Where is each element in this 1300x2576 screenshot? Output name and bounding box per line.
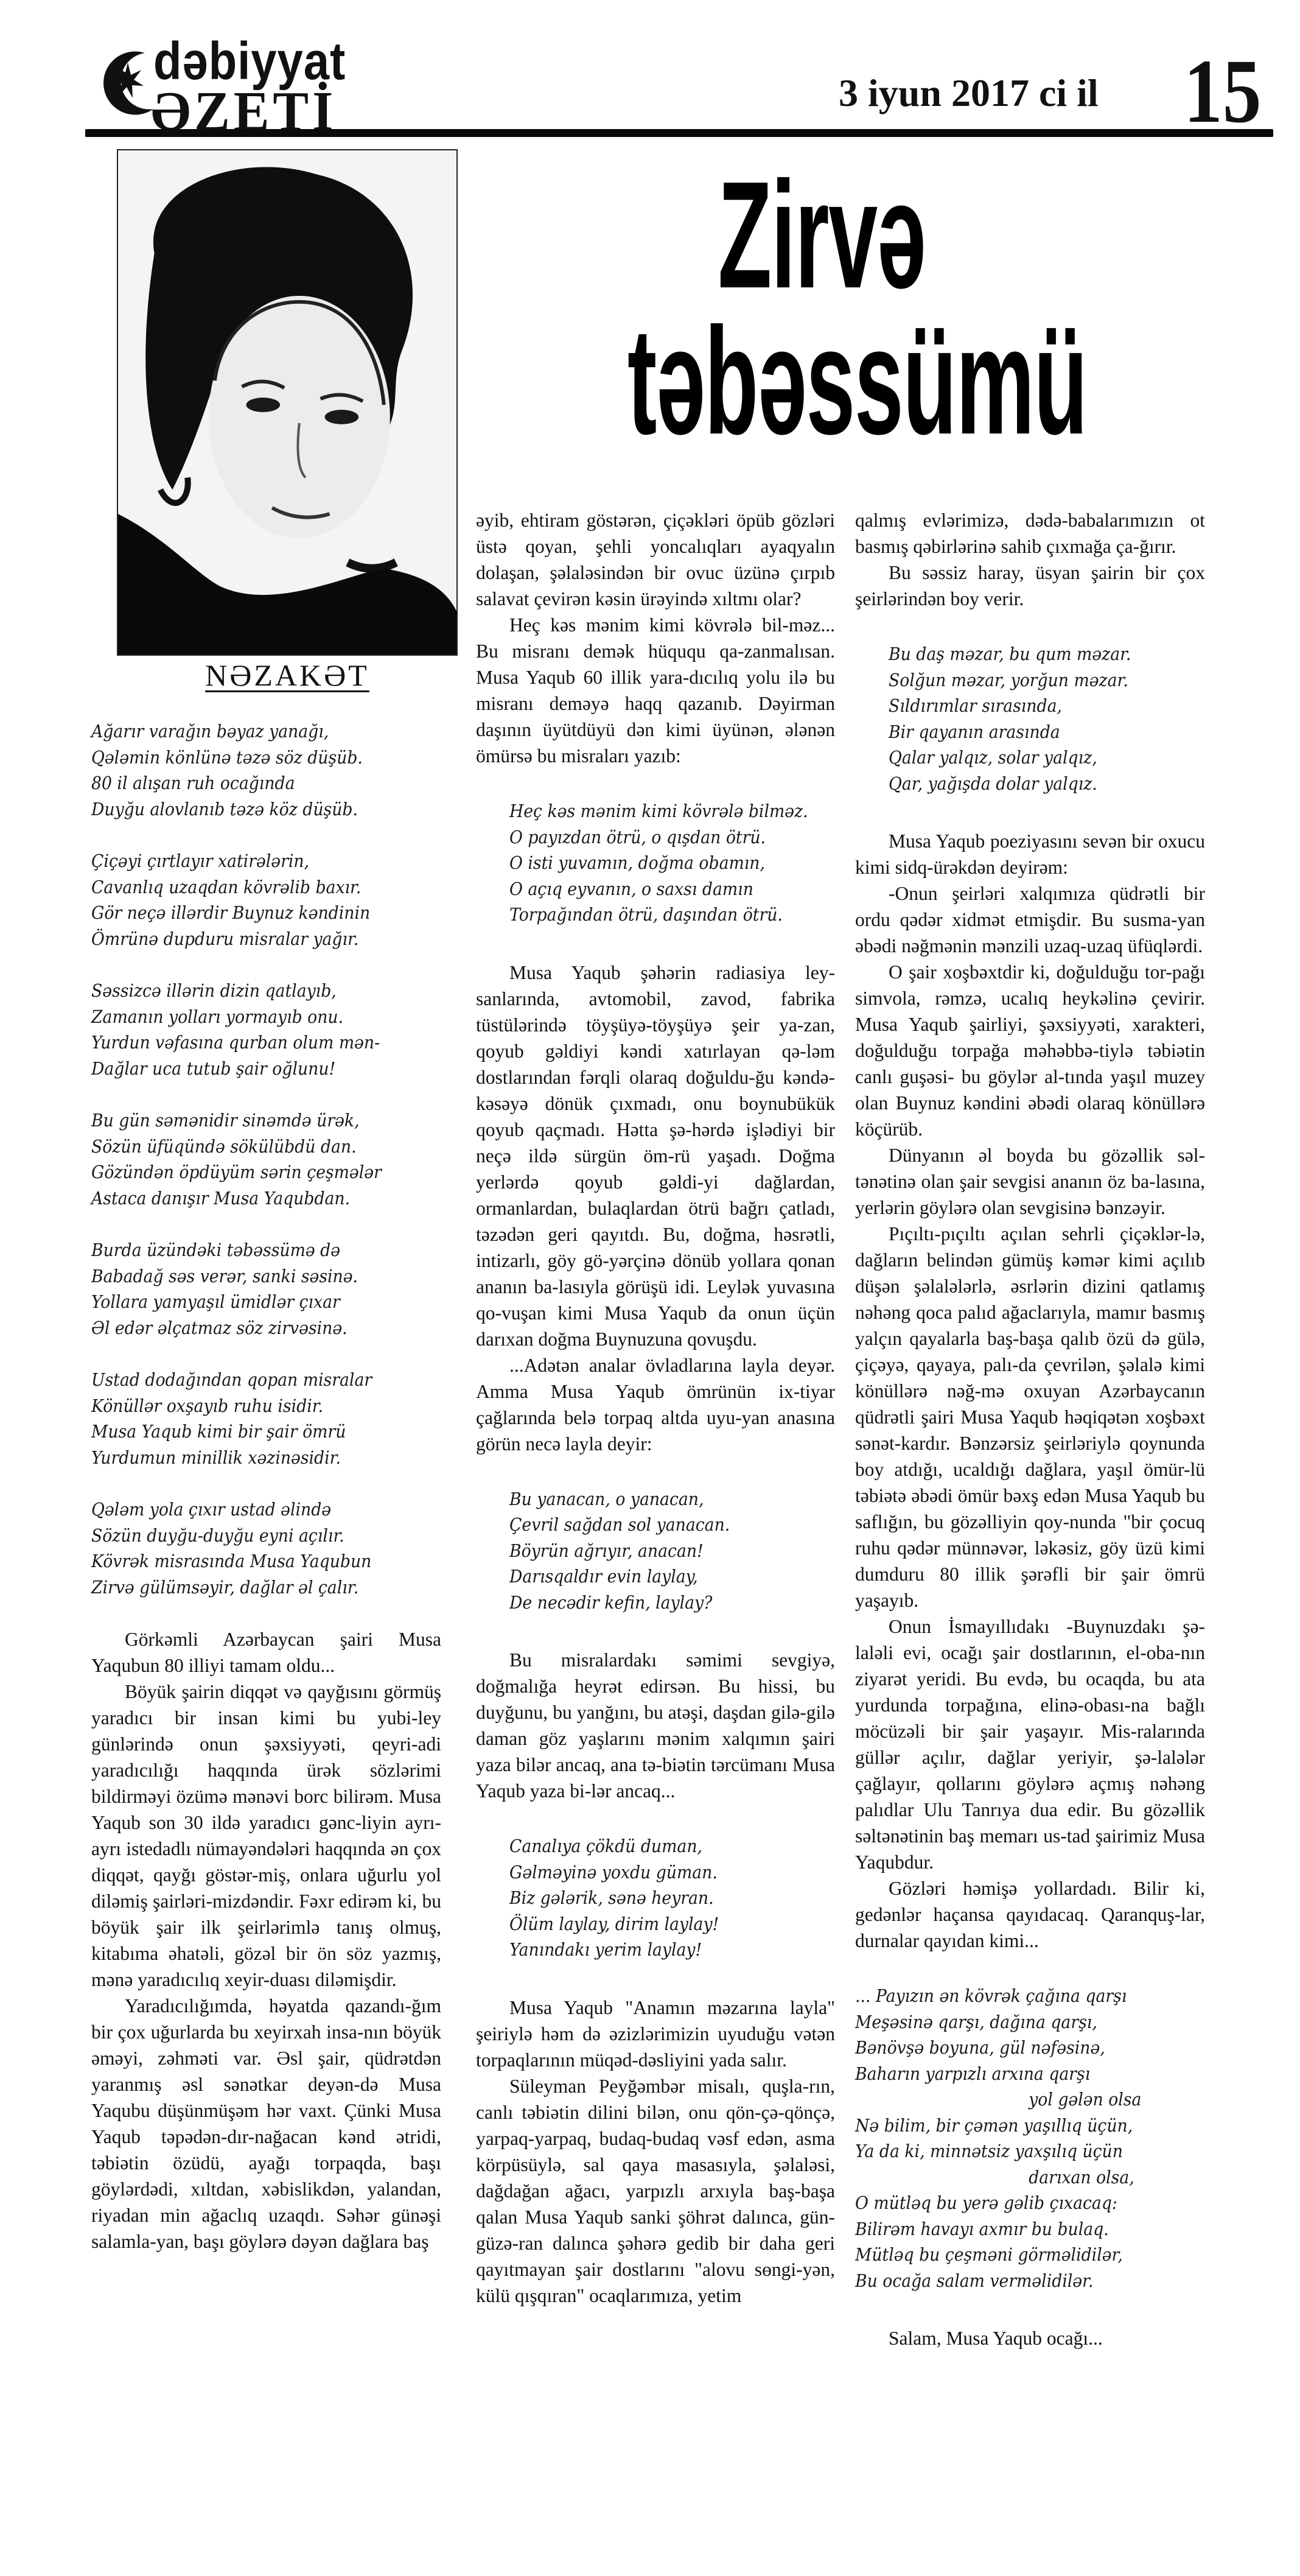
- article-paragraph: Bu misralardakı səmimi sevgiyə, doğmalığ…: [476, 1647, 835, 1804]
- headline-line-1: Zirvə: [627, 171, 1016, 299]
- verse-line: Ya da ki, minnətsiz yaxşılıq üçün: [855, 2138, 1177, 2164]
- article-paragraph: O şair xoşbəxtdir ki, doğulduğu tor-pağı…: [855, 959, 1205, 1142]
- verse-line: Sözün duyğu-duyğu eyni açılır.: [91, 1523, 413, 1549]
- verse-line: Ömrünə dupduru misralar yağır.: [91, 926, 413, 952]
- masthead: dəbiyyat ƏZETİ 3 iyun 2017 ci il 15: [85, 33, 1278, 143]
- verse-line: Torpağından ötrü, daşından ötrü.: [509, 902, 809, 928]
- article-paragraph: qalmış evlərimizə, dədə-babalarımızın ot…: [855, 507, 1205, 560]
- verse-line: Ağarır varağın bəyaz yanağı,: [91, 718, 413, 745]
- quoted-verse: Bu yanacan, o yanacan, Çevril sağdan sol…: [476, 1486, 835, 1616]
- quoted-verse: Heç kəs mənim kimi kövrələ bilməz. O pay…: [476, 798, 835, 928]
- article-paragraph: Böyük şairin diqqət və qayğısını görmüş …: [91, 1679, 441, 1993]
- verse-line: Musa Yaqub kimi bir şair ömrü: [91, 1419, 413, 1445]
- issue-date: 3 iyun 2017 ci il: [839, 69, 1099, 118]
- article-paragraph: əyib, ehtiram göstərən, çiçəkləri öpüb g…: [476, 507, 835, 612]
- verse-line: Gözündən öpdüyüm sərin çeşmələr: [91, 1159, 413, 1185]
- verse-line: Bir qayanın arasında: [889, 719, 1179, 745]
- column-right: qalmış evlərimizə, dədə-babalarımızın ot…: [855, 507, 1205, 2371]
- author-name: NƏZAKƏT: [205, 658, 369, 692]
- verse-line: Baharın yarpızlı arxına qarşı: [855, 2061, 1177, 2087]
- verse-line: O payızdan ötrü, o qışdan ötrü.: [509, 824, 809, 851]
- verse-line: Zamanın yolları yormayıb onu.: [91, 1004, 413, 1030]
- verse-line: De necədir kefin, laylay?: [509, 1590, 809, 1616]
- column-middle: əyib, ehtiram göstərən, çiçəkləri öpüb g…: [476, 507, 835, 2309]
- verse-line: Heç kəs mənim kimi kövrələ bilməz.: [509, 798, 809, 824]
- article-paragraph: Dünyanın əl boyda bu gözəllik səl-tənəti…: [855, 1142, 1205, 1221]
- poem-stanza: Səssizcə illərin dizin qatlayıb, Zamanın…: [91, 978, 441, 1081]
- verse-line: Burda üzündəki təbəssümə də: [91, 1237, 413, 1263]
- portrait-image-icon: [118, 150, 456, 655]
- article-paragraph: -Onun şeirləri xalqımıza qüdrətli bir or…: [855, 880, 1205, 959]
- verse-line: yol gələn olsa: [855, 2086, 1177, 2113]
- article-paragraph: Bu səssiz haray, üsyan şairin bir çox şe…: [855, 560, 1205, 612]
- article-paragraph: Süleyman Peyğəmbər misalı, quşla-rın, ca…: [476, 2073, 835, 2309]
- article-paragraph: Pıçıltı-pıçıltı açılan sehrli çiçəklər-l…: [855, 1221, 1205, 1613]
- verse-line: Cavanlıq uzaqdan kövrəlib baxır.: [91, 874, 413, 900]
- verse-line: Zirvə gülümsəyir, dağlar əl çalır.: [91, 1574, 413, 1601]
- verse-line: Yollara yamyaşıl ümidlər çıxar: [91, 1289, 413, 1315]
- article-paragraph: Musa Yaqub poeziyasını sevən bir oxucu k…: [855, 828, 1205, 880]
- verse-line: Bənövşə boyuna, gül nəfəsinə,: [855, 2035, 1177, 2061]
- masthead-divider: [85, 129, 1273, 137]
- article-paragraph: Heç kəs mənim kimi kövrələ bil-məz... Bu…: [476, 612, 835, 769]
- poem-stanza: Bu gün səmənidir sinəmdə ürək, Sözün üfü…: [91, 1107, 441, 1211]
- poem-stanza: Qələm yola çıxır ustad əlində Sözün duyğ…: [91, 1497, 441, 1600]
- poem-stanza: Ağarır varağın bəyaz yanağı, Qələmin kön…: [91, 718, 441, 822]
- headline-line-2: təbəssümü: [627, 311, 1016, 451]
- verse-line: Böyrün ağrıyır, anacan!: [509, 1538, 809, 1564]
- poem-stanza: Burda üzündəki təbəssümə də Babadağ səs …: [91, 1237, 441, 1341]
- article-paragraph: Görkəmli Azərbaycan şairi Musa Yaqubun 8…: [91, 1626, 441, 1679]
- article-paragraph: Yaradıcılığımda, həyatda qazandı-ğım bir…: [91, 1993, 441, 2255]
- verse-line: Səssizcə illərin dizin qatlayıb,: [91, 978, 413, 1004]
- verse-line: 80 il alışan ruh ocağında: [91, 770, 413, 796]
- quoted-verse: Canalıya çökdü duman, Gəlməyinə yoxdu gü…: [476, 1833, 835, 1963]
- quoted-verse: ... Payızın ən kövrək çağına qarşı Meşəs…: [855, 1983, 1205, 2293]
- article-paragraph: ...Adətən analar övladlarına layla deyər…: [476, 1352, 835, 1457]
- column-left: Ağarır varağın bəyaz yanağı, Qələmin kön…: [91, 718, 441, 2255]
- verse-line: Yurdumun minillik xəzinəsidir.: [91, 1445, 413, 1471]
- quoted-verse: Bu daş məzar, bu qum məzar. Solğun məzar…: [855, 641, 1205, 796]
- verse-line: Ustad dodağından qopan misralar: [91, 1367, 413, 1393]
- verse-line: Könüllər oxşayıb ruhu isidir.: [91, 1393, 413, 1419]
- verse-line: ... Payızın ən kövrək çağına qarşı: [855, 1983, 1177, 2009]
- verse-line: Astaca danışır Musa Yaqubdan.: [91, 1185, 413, 1212]
- page-number: 15: [1184, 46, 1262, 137]
- verse-line: O açıq eyvanın, o saxsı damın: [509, 876, 809, 902]
- verse-line: Qələm yola çıxır ustad əlində: [91, 1497, 413, 1523]
- author-byline: NƏZAKƏT: [117, 658, 458, 693]
- verse-line: Biz gələrik, sənə heyran.: [509, 1885, 809, 1911]
- verse-line: Bu gün səmənidir sinəmdə ürək,: [91, 1107, 413, 1134]
- verse-line: Qar, yağışda dolar yalqız.: [889, 771, 1179, 797]
- article-paragraph: Onun İsmayıllıdakı -Buynuzdakı şə-lalәli…: [855, 1613, 1205, 1875]
- verse-line: Meşəsinə qarşı, dağına qarşı,: [855, 2009, 1177, 2035]
- verse-line: Bu ocağa salam verməlidilər.: [855, 2268, 1177, 2294]
- verse-line: Qalar yalqız, solar yalqız,: [889, 745, 1179, 771]
- verse-line: Əl edər əlçatmaz söz zirvəsinə.: [91, 1315, 413, 1341]
- closing-line: Salam, Musa Yaqub ocağı...: [855, 2325, 1205, 2351]
- verse-line: Bu yanacan, o yanacan,: [509, 1486, 809, 1512]
- verse-line: Gəlməyinə yoxdu güman.: [509, 1859, 809, 1886]
- verse-line: Çevril sağdan sol yanacan.: [509, 1512, 809, 1538]
- verse-line: Solğun məzar, yorğun məzar.: [889, 667, 1179, 693]
- verse-line: Kövrək misrasında Musa Yaqubun: [91, 1548, 413, 1574]
- author-portrait-photo: [117, 149, 458, 656]
- verse-line: Sıldırımlar sırasında,: [889, 693, 1179, 719]
- article-paragraph: Gözləri həmişə yollardadı. Bilir ki, ged…: [855, 1875, 1205, 1954]
- verse-line: Ölüm laylay, dirim laylay!: [509, 1911, 809, 1937]
- verse-line: Canalıya çökdü duman,: [509, 1833, 809, 1859]
- poem-stanza: Çiçəyi çırtlayır xatirələrin, Cavanlıq u…: [91, 848, 441, 952]
- article-headline: Zirvə təbəssümü: [487, 171, 1156, 451]
- article-paragraph: Musa Yaqub "Anamın məzarına layla" şeiri…: [476, 1995, 835, 2073]
- newspaper-logo: dəbiyyat ƏZETİ: [97, 33, 377, 143]
- article-paragraph: Musa Yaqub şəhərin radiasiya ley-sanları…: [476, 960, 835, 1352]
- verse-line: Darısqaldır evin laylay,: [509, 1563, 809, 1590]
- verse-line: O isti yuvamın, doğma obamın,: [509, 850, 809, 876]
- verse-line: Bu daş məzar, bu qum məzar.: [889, 641, 1179, 667]
- verse-line: Çiçəyi çırtlayır xatirələrin,: [91, 848, 413, 874]
- verse-line: Sözün üfüqündə sökülübdü dan.: [91, 1134, 413, 1160]
- verse-line: Qələmin könlünə təzə söz düşüb.: [91, 745, 413, 771]
- poem-stanza: Ustad dodağından qopan misralar Könüllər…: [91, 1367, 441, 1470]
- verse-line: Mütləq bu çeşməni görməlidilər,: [855, 2242, 1177, 2268]
- verse-line: Gör neçə illərdir Buynuz kəndinin: [91, 900, 413, 926]
- verse-line: Yanındakı yerim laylay!: [509, 1937, 809, 1963]
- verse-line: Babadağ səs verər, sanki səsinə.: [91, 1263, 413, 1290]
- verse-line: Dağlar uca tutub şair oğlunu!: [91, 1056, 413, 1082]
- verse-line: Nə bilim, bir çəmən yaşıllıq üçün,: [855, 2113, 1177, 2139]
- verse-line: Duyğu alovlanıb təzə köz düşüb.: [91, 796, 413, 823]
- verse-line: Bilirəm havayı axmır bu bulaq.: [855, 2216, 1177, 2242]
- verse-line: O mütləq bu yerə gəlib çıxacaq:: [855, 2190, 1177, 2216]
- verse-line: Yurdun vəfasına qurban olum mən-: [91, 1030, 413, 1056]
- verse-line: darıxan olsa,: [855, 2164, 1177, 2191]
